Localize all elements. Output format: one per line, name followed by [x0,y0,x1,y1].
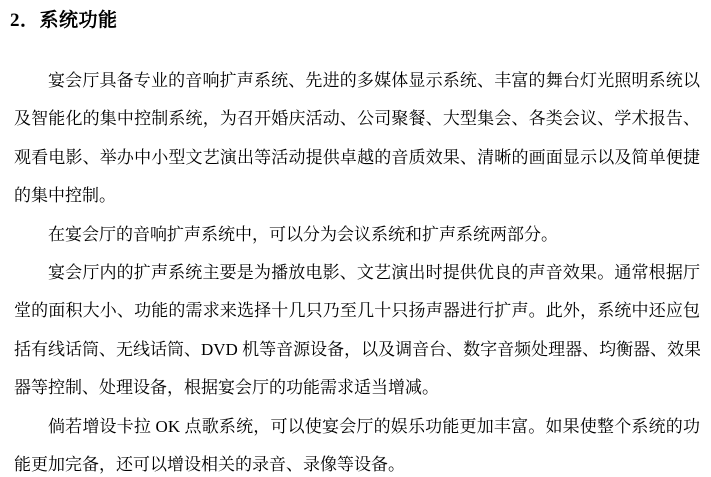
paragraph: 倘若增设卡拉 OK 点歌系统，可以使宴会厅的娱乐功能更加丰富。如果使整个系统的功… [14,408,700,477]
document-body: 宴会厅具备专业的音响扩声系统、先进的多媒体显示系统、丰富的舞台灯光照明系统以及智… [14,62,700,477]
paragraph: 宴会厅内的扩声系统主要是为播放电影、文艺演出时提供优良的声音效果。通常根据厅堂的… [14,254,700,408]
text-line: 堂的面积大小、功能的需求来选择十几只乃至几十只扬声器进行扩声。此外，系统中还应包 [14,292,700,330]
text-line: 宴会厅具备专业的音响扩声系统、先进的多媒体显示系统、丰富的舞台灯光照明系统以 [14,62,700,100]
text-line: 宴会厅内的扩声系统主要是为播放电影、文艺演出时提供优良的声音效果。通常根据厅 [14,254,700,292]
text-line: 在宴会厅的音响扩声系统中，可以分为会议系统和扩声系统两部分。 [14,216,700,254]
text-line: 能更加完备，还可以增设相关的录音、录像等设备。 [14,446,700,477]
document-page: 2．系统功能 宴会厅具备专业的音响扩声系统、先进的多媒体显示系统、丰富的舞台灯光… [0,0,711,477]
paragraph: 在宴会厅的音响扩声系统中，可以分为会议系统和扩声系统两部分。 [14,216,700,254]
text-line: 器等控制、处理设备，根据宴会厅的功能需求适当增减。 [14,369,700,407]
paragraph: 宴会厅具备专业的音响扩声系统、先进的多媒体显示系统、丰富的舞台灯光照明系统以及智… [14,62,700,216]
text-line: 倘若增设卡拉 OK 点歌系统，可以使宴会厅的娱乐功能更加丰富。如果使整个系统的功 [14,408,700,446]
section-heading: 2．系统功能 [10,9,711,33]
text-line: 及智能化的集中控制系统，为召开婚庆活动、公司聚餐、大型集会、各类会议、学术报告、 [14,100,700,138]
text-line: 括有线话筒、无线话筒、DVD 机等音源设备，以及调音台、数字音频处理器、均衡器、… [14,331,700,369]
text-line: 的集中控制。 [14,177,700,215]
text-line: 观看电影、举办中小型文艺演出等活动提供卓越的音质效果、清晰的画面显示以及简单便捷 [14,139,700,177]
